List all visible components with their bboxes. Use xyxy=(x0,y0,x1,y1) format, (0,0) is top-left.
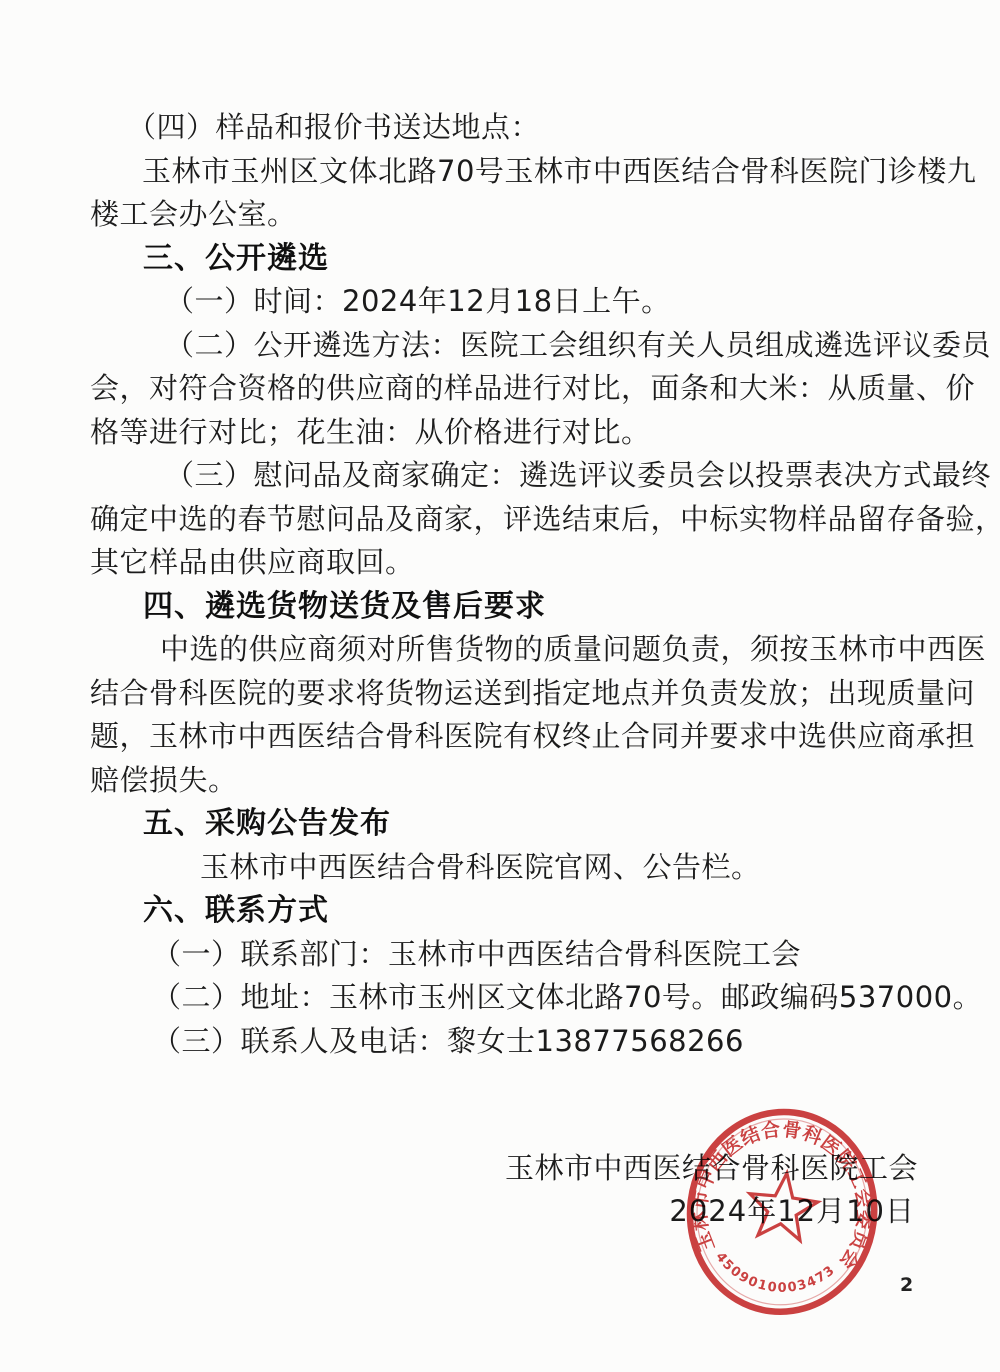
section-heading: 三、公开遴选 xyxy=(90,237,922,281)
paragraph-line: （二）公开遴选方法：医院工会组织有关人员组成遴选评议委员 xyxy=(90,324,922,368)
paragraph-line: 结合骨科医院的要求将货物运送到指定地点并负责发放；出现质量问 xyxy=(90,672,922,716)
section-heading: 六、联系方式 xyxy=(90,889,922,933)
paragraph-line: （一）时间：2024年12月18日上午。 xyxy=(90,280,922,324)
contact-line: （三）联系人及电话：黎女士13877568266 xyxy=(90,1020,922,1064)
seal-org-arc-text: 玉林市中西医结合骨科医院工会委员会 xyxy=(682,1108,886,1276)
paragraph-line: 玉林市中西医结合骨科医院官网、公告栏。 xyxy=(90,846,922,890)
page-number: 2 xyxy=(900,1274,913,1296)
contact-line: （一）联系部门：玉林市中西医结合骨科医院工会 xyxy=(90,933,922,977)
official-seal: 玉林市中西医结合骨科医院工会委员会 4509010003473 xyxy=(670,1094,897,1331)
paragraph-line: 楼工会办公室。 xyxy=(90,193,922,237)
section-heading: 四、遴选货物送货及售后要求 xyxy=(90,585,922,629)
paragraph-line: 会，对符合资格的供应商的样品进行对比，面条和大米：从质量、价 xyxy=(90,367,922,411)
paragraph-line: 玉林市玉州区文体北路70号玉林市中西医结合骨科医院门诊楼九 xyxy=(90,150,922,194)
svg-text:玉林市中西医结合骨科医院工会委员会: 玉林市中西医结合骨科医院工会委员会 xyxy=(682,1108,886,1276)
scanned-document-page: （四）样品和报价书送达地点： 玉林市玉州区文体北路70号玉林市中西医结合骨科医院… xyxy=(0,0,1000,1372)
section-heading: 五、采购公告发布 xyxy=(90,802,922,846)
paragraph-line: 确定中选的春节慰问品及商家，评选结束后，中标实物样品留存备验， xyxy=(90,498,922,542)
paragraph-line: 中选的供应商须对所售货物的质量问题负责，须按玉林市中西医 xyxy=(90,628,922,672)
paragraph-line: 题，玉林市中西医结合骨科医院有权终止合同并要求中选供应商承担 xyxy=(90,715,922,759)
paragraph-line: 其它样品由供应商取回。 xyxy=(90,541,922,585)
paragraph-line: （三）慰问品及商家确定：遴选评议委员会以投票表决方式最终 xyxy=(90,454,922,498)
paragraph-line: （四）样品和报价书送达地点： xyxy=(90,106,922,150)
document-body: （四）样品和报价书送达地点： 玉林市玉州区文体北路70号玉林市中西医结合骨科医院… xyxy=(90,106,922,1063)
paragraph-line: 赔偿损失。 xyxy=(90,759,922,803)
paragraph-line: 格等进行对比；花生油：从价格进行对比。 xyxy=(90,411,922,455)
seal-star-icon xyxy=(745,1169,821,1242)
contact-line: （二）地址：玉林市玉州区文体北路70号。邮政编码537000。 xyxy=(90,976,922,1020)
